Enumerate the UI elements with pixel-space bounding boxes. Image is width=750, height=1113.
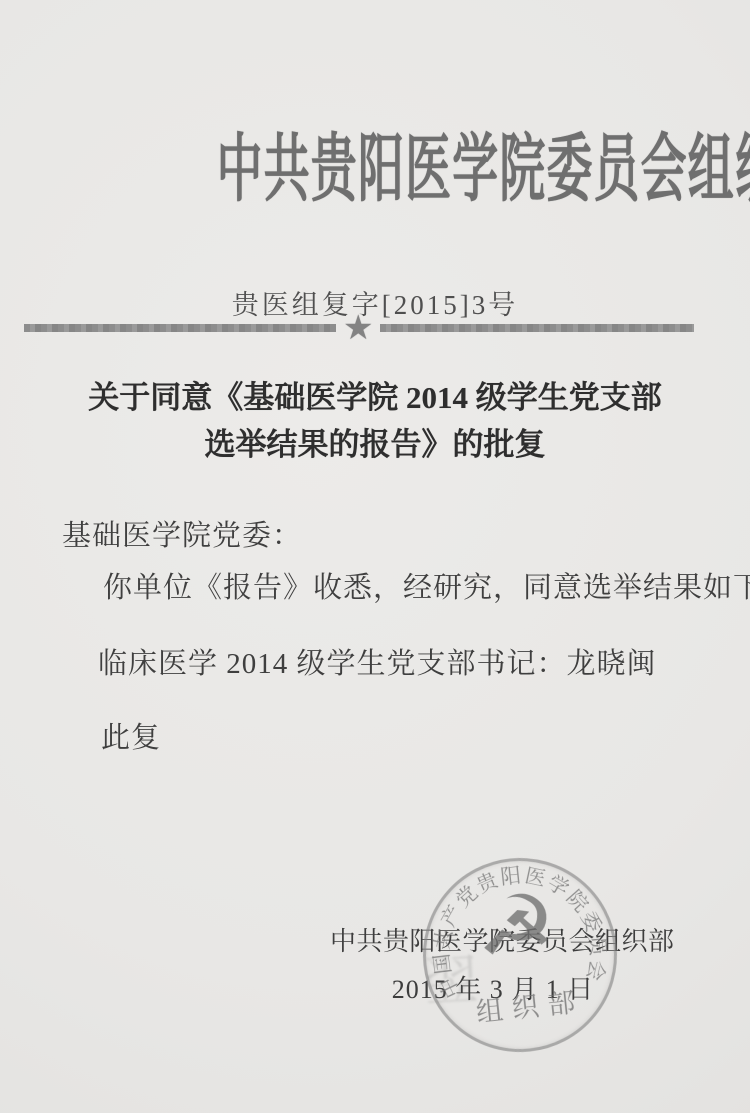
closing-line: 此复 <box>101 715 161 756</box>
bleedthrough-artifact: 翌 <box>422 937 480 1017</box>
document-header-banner: 中共贵阳医学院委员会组织部文件 <box>0 110 750 216</box>
document-number: 贵医组复字[2015]3号 <box>0 283 750 322</box>
document-title: 关于同意《基础医学院 2014 级学生党支部 选举结果的报告》的批复 <box>0 374 750 468</box>
header-banner-text: 中共贵阳医学院委员会组织部文件 <box>217 110 750 216</box>
election-result-line: 临床医学 2014 级学生党支部书记：龙晓闽 <box>98 641 657 682</box>
signature-block: 中共贵阳医学院委员会组织部 2015 年 3 月 1 日 <box>330 921 656 1006</box>
divider-line-left <box>24 324 336 332</box>
body-paragraph: 你单位《报告》收悉，经研究，同意选举结果如下： <box>103 565 750 606</box>
star-icon: ★ <box>343 311 373 345</box>
signature-organization: 中共贵阳医学院委员会组织部 <box>330 921 656 958</box>
signature-date: 2015 年 3 月 1 日 <box>330 969 656 1006</box>
document-title-line2: 选举结果的报告》的批复 <box>0 421 750 468</box>
salutation-line: 基础医学院党委： <box>62 513 302 554</box>
document-title-line1: 关于同意《基础医学院 2014 级学生党支部 <box>0 374 750 421</box>
header-divider: ★ <box>24 318 694 338</box>
divider-line-right <box>380 324 694 332</box>
scanned-document-page: 中共贵阳医学院委员会组织部文件 贵医组复字[2015]3号 ★ 关于同意《基础医… <box>0 0 750 1113</box>
